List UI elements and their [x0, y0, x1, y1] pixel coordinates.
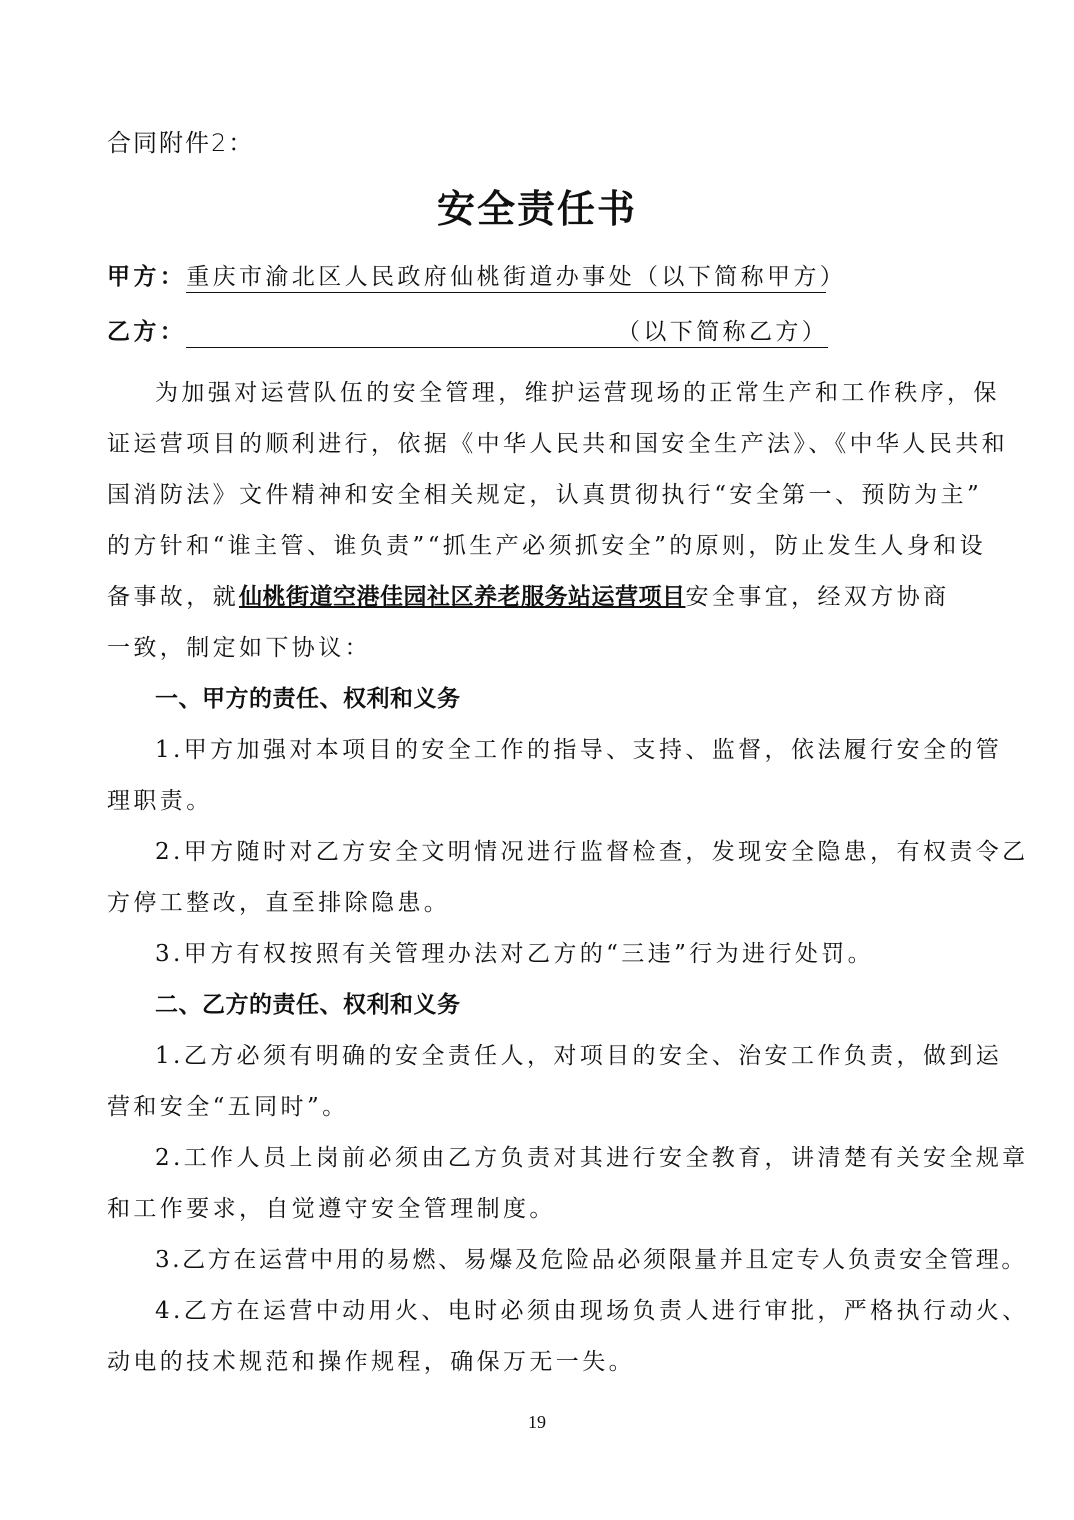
party-b-label: 乙方：	[107, 319, 186, 345]
section-2-line-1: 1.乙方必须有明确的安全责任人，对项目的安全、治安工作负责，做到运	[155, 1041, 1002, 1071]
page-number: 19	[0, 1412, 1074, 1433]
section-2-line-6: 4.乙方在运营中动用火、电时必须由现场负责人进行审批，严格执行动火、	[155, 1296, 1029, 1326]
section-2-line-4: 和工作要求，自觉遵守安全管理制度。	[107, 1194, 556, 1224]
section-1-line-4: 方停工整改，直至排除隐患。	[107, 888, 450, 918]
section-1-line-5: 3.甲方有权按照有关管理办法对乙方的“三违”行为进行处罚。	[155, 939, 874, 969]
section-2-line-5: 3.乙方在运营中用的易燃、易爆及危险品必须限量并且定专人负责安全管理。	[155, 1245, 1027, 1275]
intro-line-1: 为加强对运营队伍的安全管理，维护运营现场的正常生产和工作秩序，保	[155, 378, 1000, 408]
document-title: 安全责任书	[0, 178, 1074, 233]
attachment-label: 合同附件2：	[107, 128, 254, 158]
document-page: 合同附件2： 安全责任书 甲方：重庆市渝北区人民政府仙桃街道办事处（以下简称甲方…	[0, 0, 1074, 1520]
party-b-value: （以下简称乙方）	[186, 317, 828, 348]
section-1-line-1: 1.甲方加强对本项目的安全工作的指导、支持、监督，依法履行安全的管	[155, 735, 1002, 765]
party-b-line: 乙方：（以下简称乙方）	[107, 317, 828, 348]
intro-line-4: 的方针和“谁主管、谁负责”“抓生产必须抓安全”的原则，防止发生人身和设	[107, 531, 986, 561]
intro-line-5-before: 备事故，就	[107, 584, 239, 610]
section-2-line-3: 2.工作人员上岗前必须由乙方负责对其进行安全教育，讲清楚有关安全规章	[155, 1143, 1029, 1173]
section-1-line-3: 2.甲方随时对乙方安全文明情况进行监督检查，发现安全隐患，有权责令乙	[155, 837, 1029, 867]
section-2-heading: 二、乙方的责任、权利和义务	[155, 990, 461, 1020]
party-a-line: 甲方：重庆市渝北区人民政府仙桃街道办事处（以下简称甲方）	[107, 262, 826, 293]
section-1-line-2: 理职责。	[107, 786, 213, 816]
intro-line-2: 证运营项目的顺利进行，依据《中华人民共和国安全生产法》、《中华人民共和	[107, 429, 1008, 459]
project-name: 仙桃街道空港佳园社区养老服务站运营项目	[239, 584, 686, 610]
section-1-heading: 一、甲方的责任、权利和义务	[155, 684, 461, 714]
intro-line-5-after: 安全事宜，经双方协商	[686, 584, 950, 610]
section-2-line-7: 动电的技术规范和操作规程，确保万无一失。	[107, 1347, 635, 1377]
section-2-line-2: 营和安全“五同时”。	[107, 1092, 349, 1122]
party-a-value: 重庆市渝北区人民政府仙桃街道办事处（以下简称甲方）	[186, 262, 826, 293]
intro-line-3: 国消防法》文件精神和安全相关规定，认真贯彻执行“安全第一、预防为主”	[107, 480, 982, 510]
intro-line-5: 备事故，就仙桃街道空港佳园社区养老服务站运营项目安全事宜，经双方协商	[107, 582, 950, 612]
intro-line-6: 一致，制定如下协议：	[107, 633, 371, 663]
party-a-label: 甲方：	[107, 264, 186, 290]
